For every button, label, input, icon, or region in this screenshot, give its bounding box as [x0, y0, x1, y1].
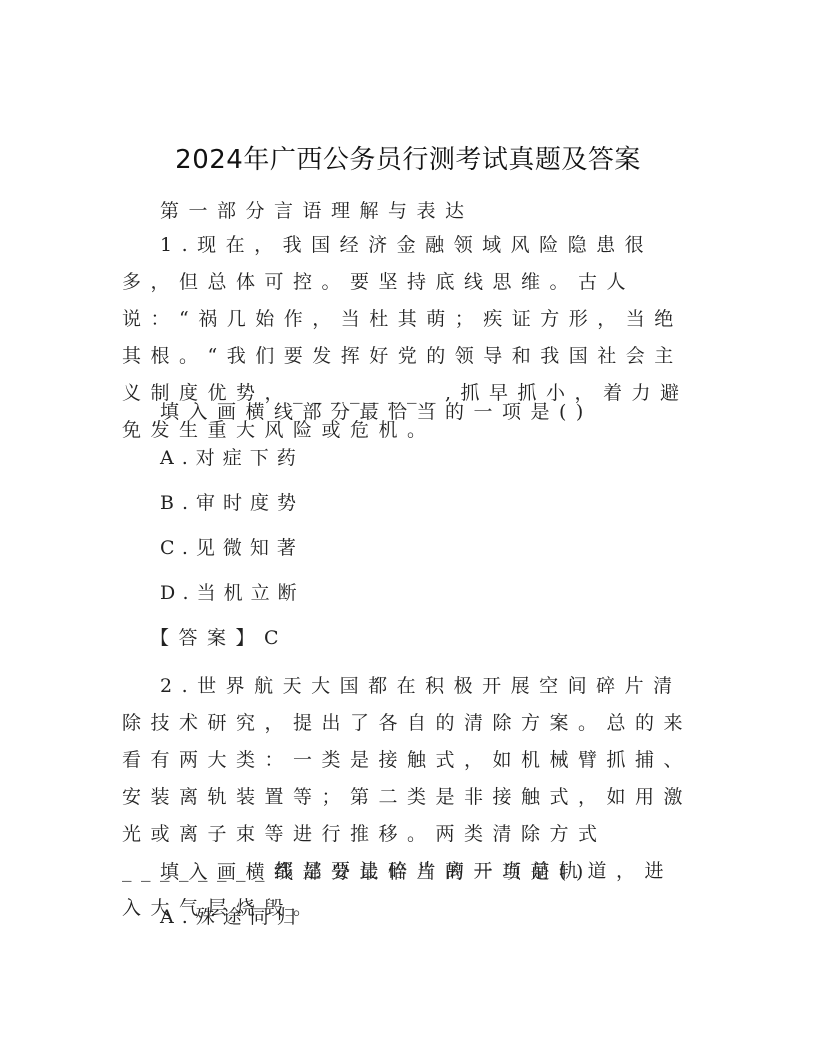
question-2-prompt: 填入画横线部分最恰当的一项是() — [160, 857, 593, 887]
document-title: 2024年广西公务员行测考试真题及答案 — [0, 142, 816, 178]
question-1-option-d: D.当机立断 — [160, 578, 305, 608]
question-1-option-b: B.审时度势 — [160, 488, 304, 518]
document-page: 2024年广西公务员行测考试真题及答案 第一部分言语理解与表达 1.现在，我国经… — [0, 0, 816, 1056]
question-1-prompt: 填入画横线部分最恰当的一项是() — [160, 397, 593, 427]
question-1-option-c: C.见微知著 — [160, 533, 304, 563]
question-2-option-a: A.殊途同归 — [160, 902, 304, 932]
question-1-answer: 【答案】C — [150, 623, 288, 653]
question-1-option-a: A.对症下药 — [160, 443, 304, 473]
question-2-stem: 2.世界航天大国都在积极开展空间碎片清除技术研究，提出了各自的清除方案。总的来看… — [122, 668, 698, 927]
section-heading: 第一部分言语理解与表达 — [160, 196, 474, 226]
question-2-text: 2.世界航天大国都在积极开展空间碎片清除技术研究，提出了各自的清除方案。总的来看… — [122, 668, 698, 927]
